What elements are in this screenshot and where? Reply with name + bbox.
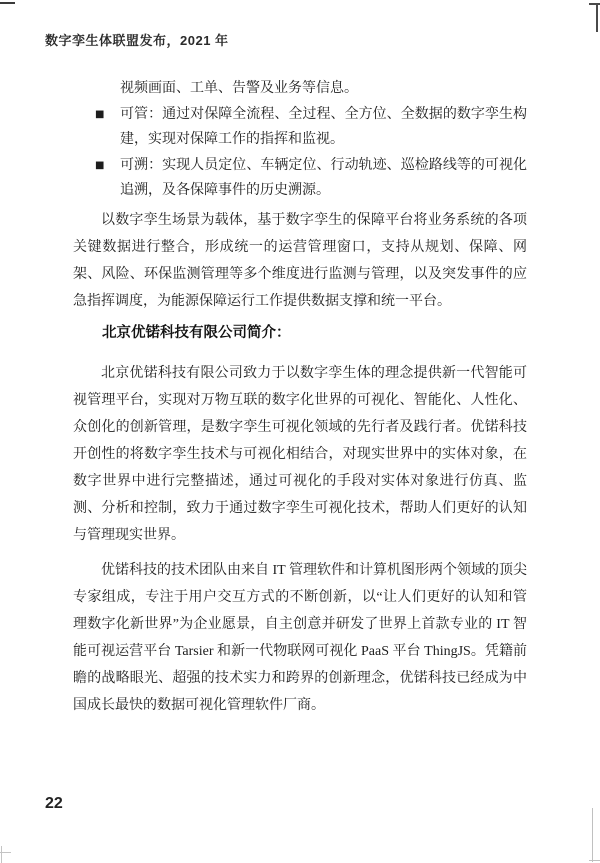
bullet-square-icon: ■	[95, 102, 104, 128]
page-body: 视频画面、工单、告警及业务等信息。 ■可管：通过对保障全流程、全过程、全方位、全…	[73, 76, 527, 719]
bullet-square-icon: ■	[95, 153, 104, 179]
running-header: 数字孪生体联盟发布，2021 年	[45, 30, 229, 49]
body-paragraph: 以数字孪生场景为载体，基于数字孪生的保障平台将业务系统的各项关键数据进行整合，形…	[73, 207, 527, 315]
body-paragraph: 北京优锘科技有限公司致力于以数字孪生体的理念提供新一代智能可视管理平台，实现对万…	[73, 360, 527, 549]
page-edge-mark	[1, 846, 2, 863]
body-paragraph: 优锘科技的技术团队由来自 IT 管理软件和计算机图形两个领域的顶尖专家组成，专注…	[73, 557, 527, 719]
document-page: 数字孪生体联盟发布，2021 年 视频画面、工单、告警及业务等信息。 ■可管：通…	[0, 0, 600, 863]
page-number: 22	[45, 795, 63, 813]
page-edge-mark	[596, 3, 598, 32]
list-item-text: 可溯：实现人员定位、车辆定位、行动轨迹、巡检路线等的可视化追溯，及各保障事件的历…	[120, 158, 527, 199]
list-item-text: 可管：通过对保障全流程、全过程、全方位、全数据的数字孪生构建，实现对保障工作的指…	[120, 107, 527, 148]
page-edge-mark	[589, 860, 600, 861]
page-edge-mark	[592, 808, 593, 862]
page-edge-mark	[0, 852, 11, 853]
section-heading: 北京优锘科技有限公司简介：	[73, 323, 527, 343]
bullet-list: 视频画面、工单、告警及业务等信息。 ■可管：通过对保障全流程、全过程、全方位、全…	[73, 76, 527, 204]
list-item: ■可溯：实现人员定位、车辆定位、行动轨迹、巡检路线等的可视化追溯，及各保障事件的…	[73, 153, 527, 204]
page-edge-mark	[589, 3, 600, 5]
bullet-continuation-text: 视频画面、工单、告警及业务等信息。	[73, 76, 527, 102]
page-edge-mark	[0, 2, 15, 4]
list-item: ■可管：通过对保障全流程、全过程、全方位、全数据的数字孪生构建，实现对保障工作的…	[73, 102, 527, 153]
